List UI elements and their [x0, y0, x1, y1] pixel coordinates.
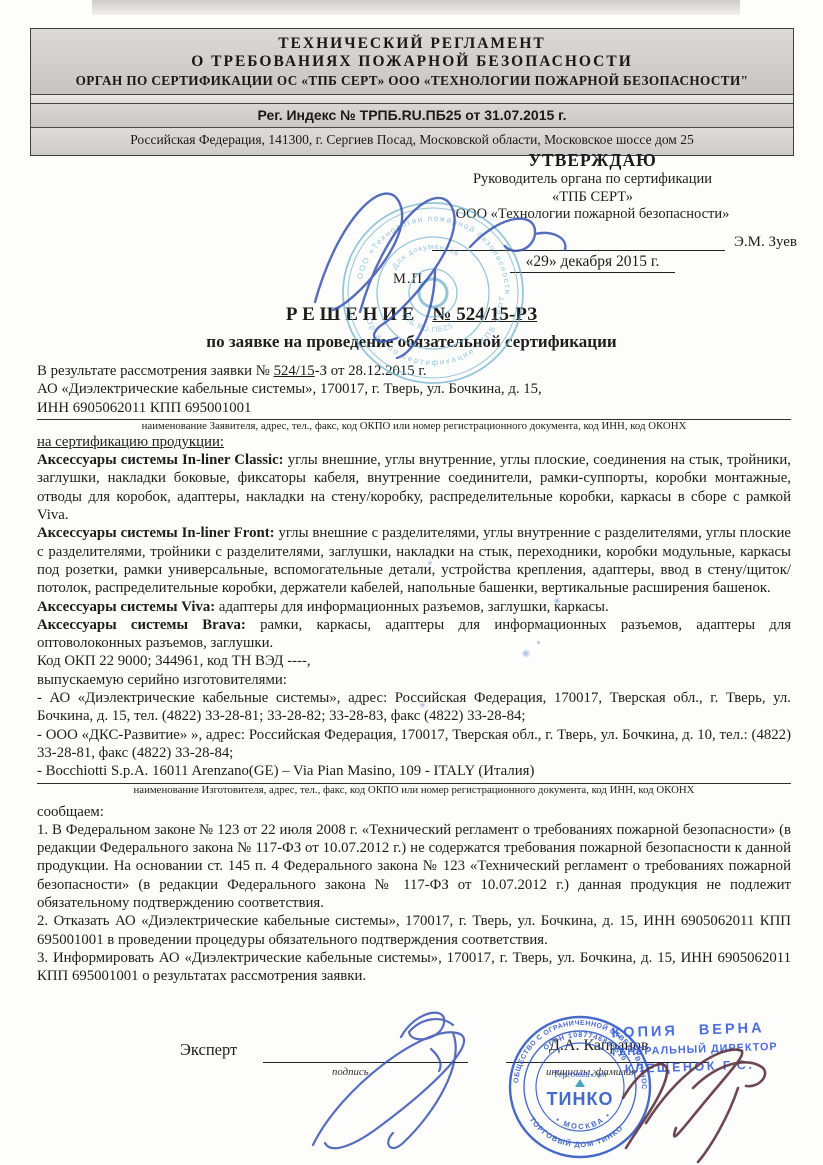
letterhead-title-line2: О ТРЕБОВАНИЯХ ПОЖАРНОЙ БЕЗОПАСНОСТИ: [35, 53, 789, 71]
decision-clause: 3. Информировать АО «Диэлектрические каб…: [37, 949, 791, 986]
product-lead-brava: Аксессуары системы Brava:: [37, 617, 246, 633]
letterhead-divider: [31, 95, 793, 104]
tinko-stamp-logo-text: ТИНКО: [547, 1089, 614, 1109]
serial-producers-line: выпускаемую серийно изготовителями:: [37, 671, 791, 689]
decision-word: Р Е Ш Е Н И Е: [286, 304, 415, 325]
registration-index: Рег. Индекс № ТРПБ.RU.ПБ25 от 31.07.2015…: [31, 104, 793, 128]
decision-number: № 524/15-РЗ: [432, 304, 537, 325]
applicant-caption: наименование Заявителя, адрес, тел., фак…: [37, 420, 791, 433]
applicant-intro: В результате рассмотрения заявки № 524/1…: [37, 362, 791, 380]
ink-speck: [553, 597, 561, 605]
applicant-inn-kpp: ИНН 6905062011 КПП 695001001: [37, 399, 791, 417]
approval-date: «29» декабря 2015 г.: [510, 253, 676, 273]
seal-place-mark: М.П.: [393, 271, 428, 288]
ink-speck: [427, 560, 433, 566]
approver-signature-line: [432, 234, 725, 251]
expert-signature: [283, 995, 523, 1163]
tinko-stamp-bottom-text: ТОРГОВЫЙ ДОМ ТИНКО: [528, 1115, 625, 1149]
letterhead-top: ТЕХНИЧЕСКИЙ РЕГЛАМЕНТ О ТРЕБОВАНИЯХ ПОЖА…: [31, 29, 793, 95]
product-item: Аксессуары системы In-liner Classic: угл…: [37, 451, 791, 524]
tinko-stamp-city: • МОСКВА •: [554, 1110, 613, 1131]
tinko-logo-triangle: [575, 1079, 585, 1087]
ink-speck: [419, 702, 426, 708]
manufacturer-item: - Bocchiotti S.p.A. 16011 Arenzano(GE) –…: [37, 762, 791, 780]
copy-stamp-line3: КЛЕЩЕНОК Г.С.: [612, 1055, 817, 1076]
applicant-name-address: АО «Диэлектрические кабельные системы», …: [37, 380, 791, 398]
product-text-viva: адаптеры для информационных разъемов, за…: [215, 599, 609, 615]
product-item: Аксессуары системы Viva: адаптеры для ин…: [37, 598, 791, 616]
letterhead-title-line1: ТЕХНИЧЕСКИЙ РЕГЛАМЕНТ: [35, 35, 789, 53]
ink-speck: [521, 649, 531, 658]
decision-title: Р Е Ш Е Н И Е№ 524/15-РЗ: [0, 304, 823, 326]
ink-speck: [536, 640, 541, 645]
approve-label: УТВЕРЖДАЮ: [380, 150, 805, 171]
intro-prefix: В результате рассмотрения заявки №: [37, 363, 274, 379]
document-page: ТЕХНИЧЕСКИЙ РЕГЛАМЕНТ О ТРЕБОВАНИЯХ ПОЖА…: [0, 0, 823, 1165]
expert-signature-line: [263, 1062, 468, 1063]
decision-subtitle: по заявке на проведение обязательной сер…: [0, 332, 823, 352]
manufacturer-item: - ООО «ДКС-Развитие» », адрес: Российска…: [37, 726, 791, 763]
products-heading: на сертификацию продукции:: [37, 433, 791, 451]
copy-verna-stamp: КОПИЯ ВЕРНА ГЕНЕРАЛЬНЫЙ ДИРЕКТОР КЛЕЩЕНО…: [611, 1018, 818, 1076]
svg-text:• МОСКВА •: • МОСКВА •: [554, 1110, 613, 1131]
letterhead-org-line: ОРГАН ПО СЕРТИФИКАЦИИ ОС «ТПБ СЕРТ» ООО …: [35, 73, 789, 89]
product-item: Аксессуары системы In-liner Front: углы …: [37, 524, 791, 597]
report-label: сообщаем:: [37, 803, 791, 821]
expert-label: Эксперт: [180, 1040, 237, 1060]
expert-signature-caption: подпись: [332, 1066, 369, 1078]
copy-stamp-line1: КОПИЯ ВЕРНА: [611, 1018, 816, 1041]
product-lead-front: Аксессуары системы In-liner Front:: [37, 525, 275, 541]
product-lead-viva: Аксессуары системы Viva:: [37, 599, 215, 615]
letterhead: ТЕХНИЧЕСКИЙ РЕГЛАМЕНТ О ТРЕБОВАНИЯХ ПОЖА…: [30, 28, 794, 156]
okp-code-line: Код ОКП 22 9000; 344961, код ТН ВЭД ----…: [37, 652, 791, 670]
product-item: Аксессуары системы Brava: рамки, каркасы…: [37, 616, 791, 653]
decision-clause: 1. В Федеральном законе № 123 от 22 июля…: [37, 821, 791, 912]
scan-artifact-strip: [92, 0, 740, 15]
approver-name: Э.М. Зуев: [734, 234, 797, 251]
approver-role-line2: «ТПБ СЕРТ»: [380, 189, 805, 207]
approver-role-line1: Руководитель органа по сертификации: [380, 171, 805, 189]
product-lead-classic: Аксессуары системы In-liner Classic:: [37, 452, 284, 468]
approver-role-line3: ООО «Технологии пожарной безопасности»: [380, 206, 805, 224]
document-body: В результате рассмотрения заявки № 524/1…: [37, 362, 791, 986]
decision-clause: 2. Отказать АО «Диэлектрические кабельны…: [37, 912, 791, 949]
approval-block: УТВЕРЖДАЮ Руководитель органа по сертифи…: [380, 150, 805, 273]
approver-signature-row: Э.М. Зуев: [380, 234, 805, 251]
intro-suffix: -З от 28.12.2015 г.: [315, 363, 427, 379]
application-number: 524/15: [274, 363, 315, 379]
manufacturer-caption: наименование Изготовителя, адрес, тел., …: [37, 784, 791, 797]
svg-text:ТОРГОВЫЙ ДОМ ТИНКО: ТОРГОВЫЙ ДОМ ТИНКО: [528, 1115, 625, 1149]
manufacturer-item: - АО «Диэлектрические кабельные системы»…: [37, 689, 791, 726]
